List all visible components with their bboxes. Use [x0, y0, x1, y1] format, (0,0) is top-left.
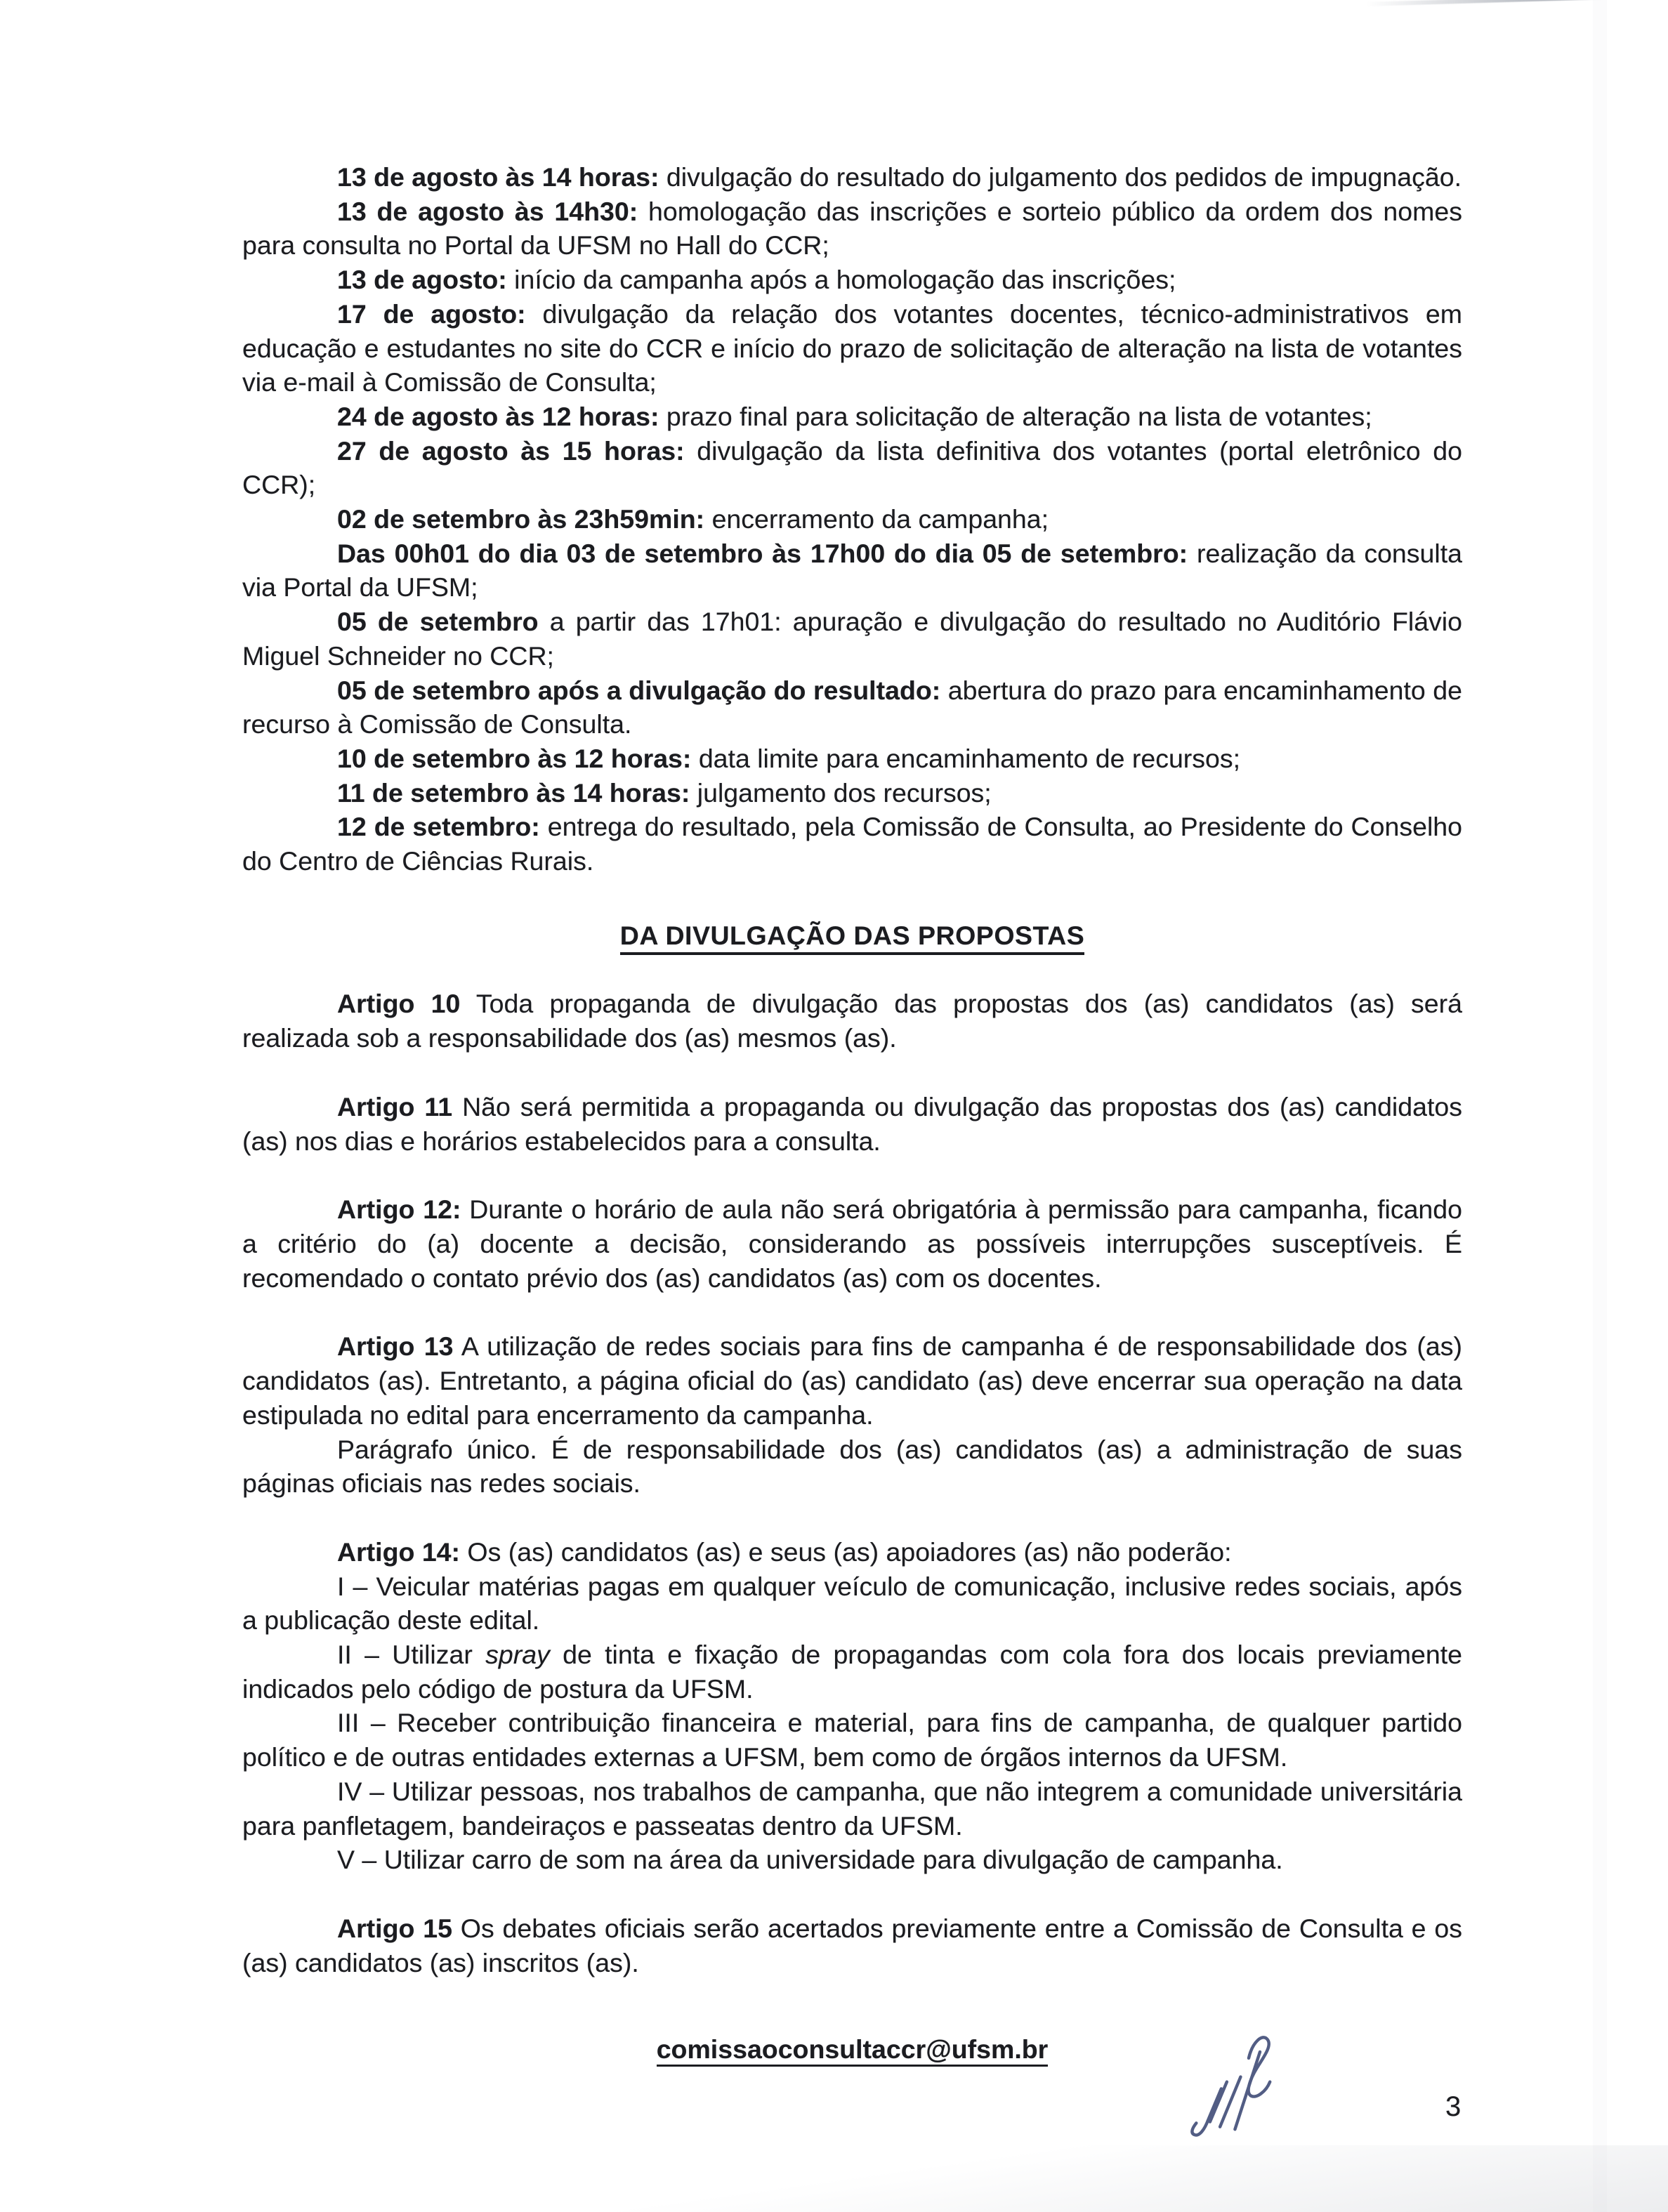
schedule-item-date: 05 de setembro — [337, 607, 539, 636]
article-paragraph: V – Utilizar carro de som na área da uni… — [242, 1843, 1462, 1877]
signature-scribble — [1184, 2029, 1291, 2142]
section-heading-text: DA DIVULGAÇÃO DAS PROPOSTAS — [620, 921, 1084, 955]
article-paragraph: III – Receber contribuição financeira e … — [242, 1706, 1462, 1774]
article-paragraph: II – Utilizar spray de tinta e fixação d… — [242, 1638, 1462, 1706]
schedule-item: Das 00h01 do dia 03 de setembro às 17h00… — [242, 536, 1462, 605]
schedule-item-date: 17 de agosto: — [337, 299, 526, 329]
schedule-item-date: 10 de setembro às 12 horas: — [337, 744, 691, 773]
schedule-item-date: 05 de setembro após a divulgação do resu… — [337, 676, 940, 705]
article-paragraph: Artigo 12: Durante o horário de aula não… — [242, 1192, 1462, 1295]
document-body: 13 de agosto às 14 horas: divulgação do … — [242, 160, 1462, 2067]
article-paragraph: IV – Utilizar pessoas, nos trabalhos de … — [242, 1775, 1462, 1843]
article-paragraph: Artigo 10 Toda propaganda de divulgação … — [242, 987, 1462, 1055]
schedule-list: 13 de agosto às 14 horas: divulgação do … — [242, 160, 1462, 878]
document-page: 13 de agosto às 14 horas: divulgação do … — [0, 0, 1668, 2212]
article-paragraph: I – Veicular matérias pagas em qualquer … — [242, 1569, 1462, 1638]
schedule-item: 12 de setembro: entrega do resultado, pe… — [242, 810, 1462, 878]
article-paragraph: Artigo 15 Os debates oficiais serão acer… — [242, 1911, 1462, 1980]
schedule-item-date: Das 00h01 do dia 03 de setembro às 17h00… — [337, 539, 1188, 568]
scan-artifact-right-band — [1593, 0, 1607, 2212]
schedule-item: 10 de setembro às 12 horas: data limite … — [242, 742, 1462, 776]
schedule-item-date: 24 de agosto às 12 horas: — [337, 402, 659, 431]
schedule-item: 11 de setembro às 14 horas: julgamento d… — [242, 776, 1462, 810]
article-paragraph: Parágrafo único. É de responsabilidade d… — [242, 1433, 1462, 1501]
schedule-item-date: 12 de setembro: — [337, 812, 540, 841]
article-paragraph: Artigo 14: Os (as) candidatos (as) e seu… — [242, 1535, 1462, 1569]
footer-email-link: comissaoconsultaccr@ufsm.br — [657, 2034, 1049, 2067]
schedule-item: 27 de agosto às 15 horas: divulgação da … — [242, 434, 1462, 502]
scan-artifact-top-line — [1366, 0, 1612, 6]
schedule-item: 24 de agosto às 12 horas: prazo final pa… — [242, 400, 1462, 434]
schedule-item-date: 02 de setembro às 23h59min: — [337, 504, 704, 534]
schedule-item-date: 27 de agosto às 15 horas: — [337, 436, 685, 466]
schedule-item: 17 de agosto: divulgação da relação dos … — [242, 297, 1462, 400]
schedule-item: 05 de setembro a partir das 17h01: apura… — [242, 605, 1462, 673]
page-number: 3 — [1445, 2090, 1461, 2124]
schedule-item-date: 13 de agosto às 14h30: — [337, 197, 638, 226]
schedule-item: 13 de agosto: início da campanha após a … — [242, 263, 1462, 297]
schedule-item-date: 13 de agosto: — [337, 265, 507, 294]
scan-artifact-bottom-shade — [0, 2145, 1668, 2212]
schedule-item-date: 13 de agosto às 14 horas: — [337, 162, 659, 192]
article-paragraph: Artigo 13 A utilização de redes sociais … — [242, 1329, 1462, 1432]
schedule-item-date: 11 de setembro às 14 horas: — [337, 778, 690, 808]
schedule-item: 02 de setembro às 23h59min: encerramento… — [242, 502, 1462, 536]
schedule-item: 05 de setembro após a divulgação do resu… — [242, 673, 1462, 742]
schedule-item: 13 de agosto às 14h30: homologação das i… — [242, 195, 1462, 263]
articles: Artigo 10 Toda propaganda de divulgação … — [242, 987, 1462, 1980]
article-paragraph: Artigo 11 Não será permitida a propagand… — [242, 1090, 1462, 1158]
section-heading: DA DIVULGAÇÃO DAS PROPOSTAS — [242, 919, 1462, 953]
schedule-item: 13 de agosto às 14 horas: divulgação do … — [242, 160, 1462, 195]
